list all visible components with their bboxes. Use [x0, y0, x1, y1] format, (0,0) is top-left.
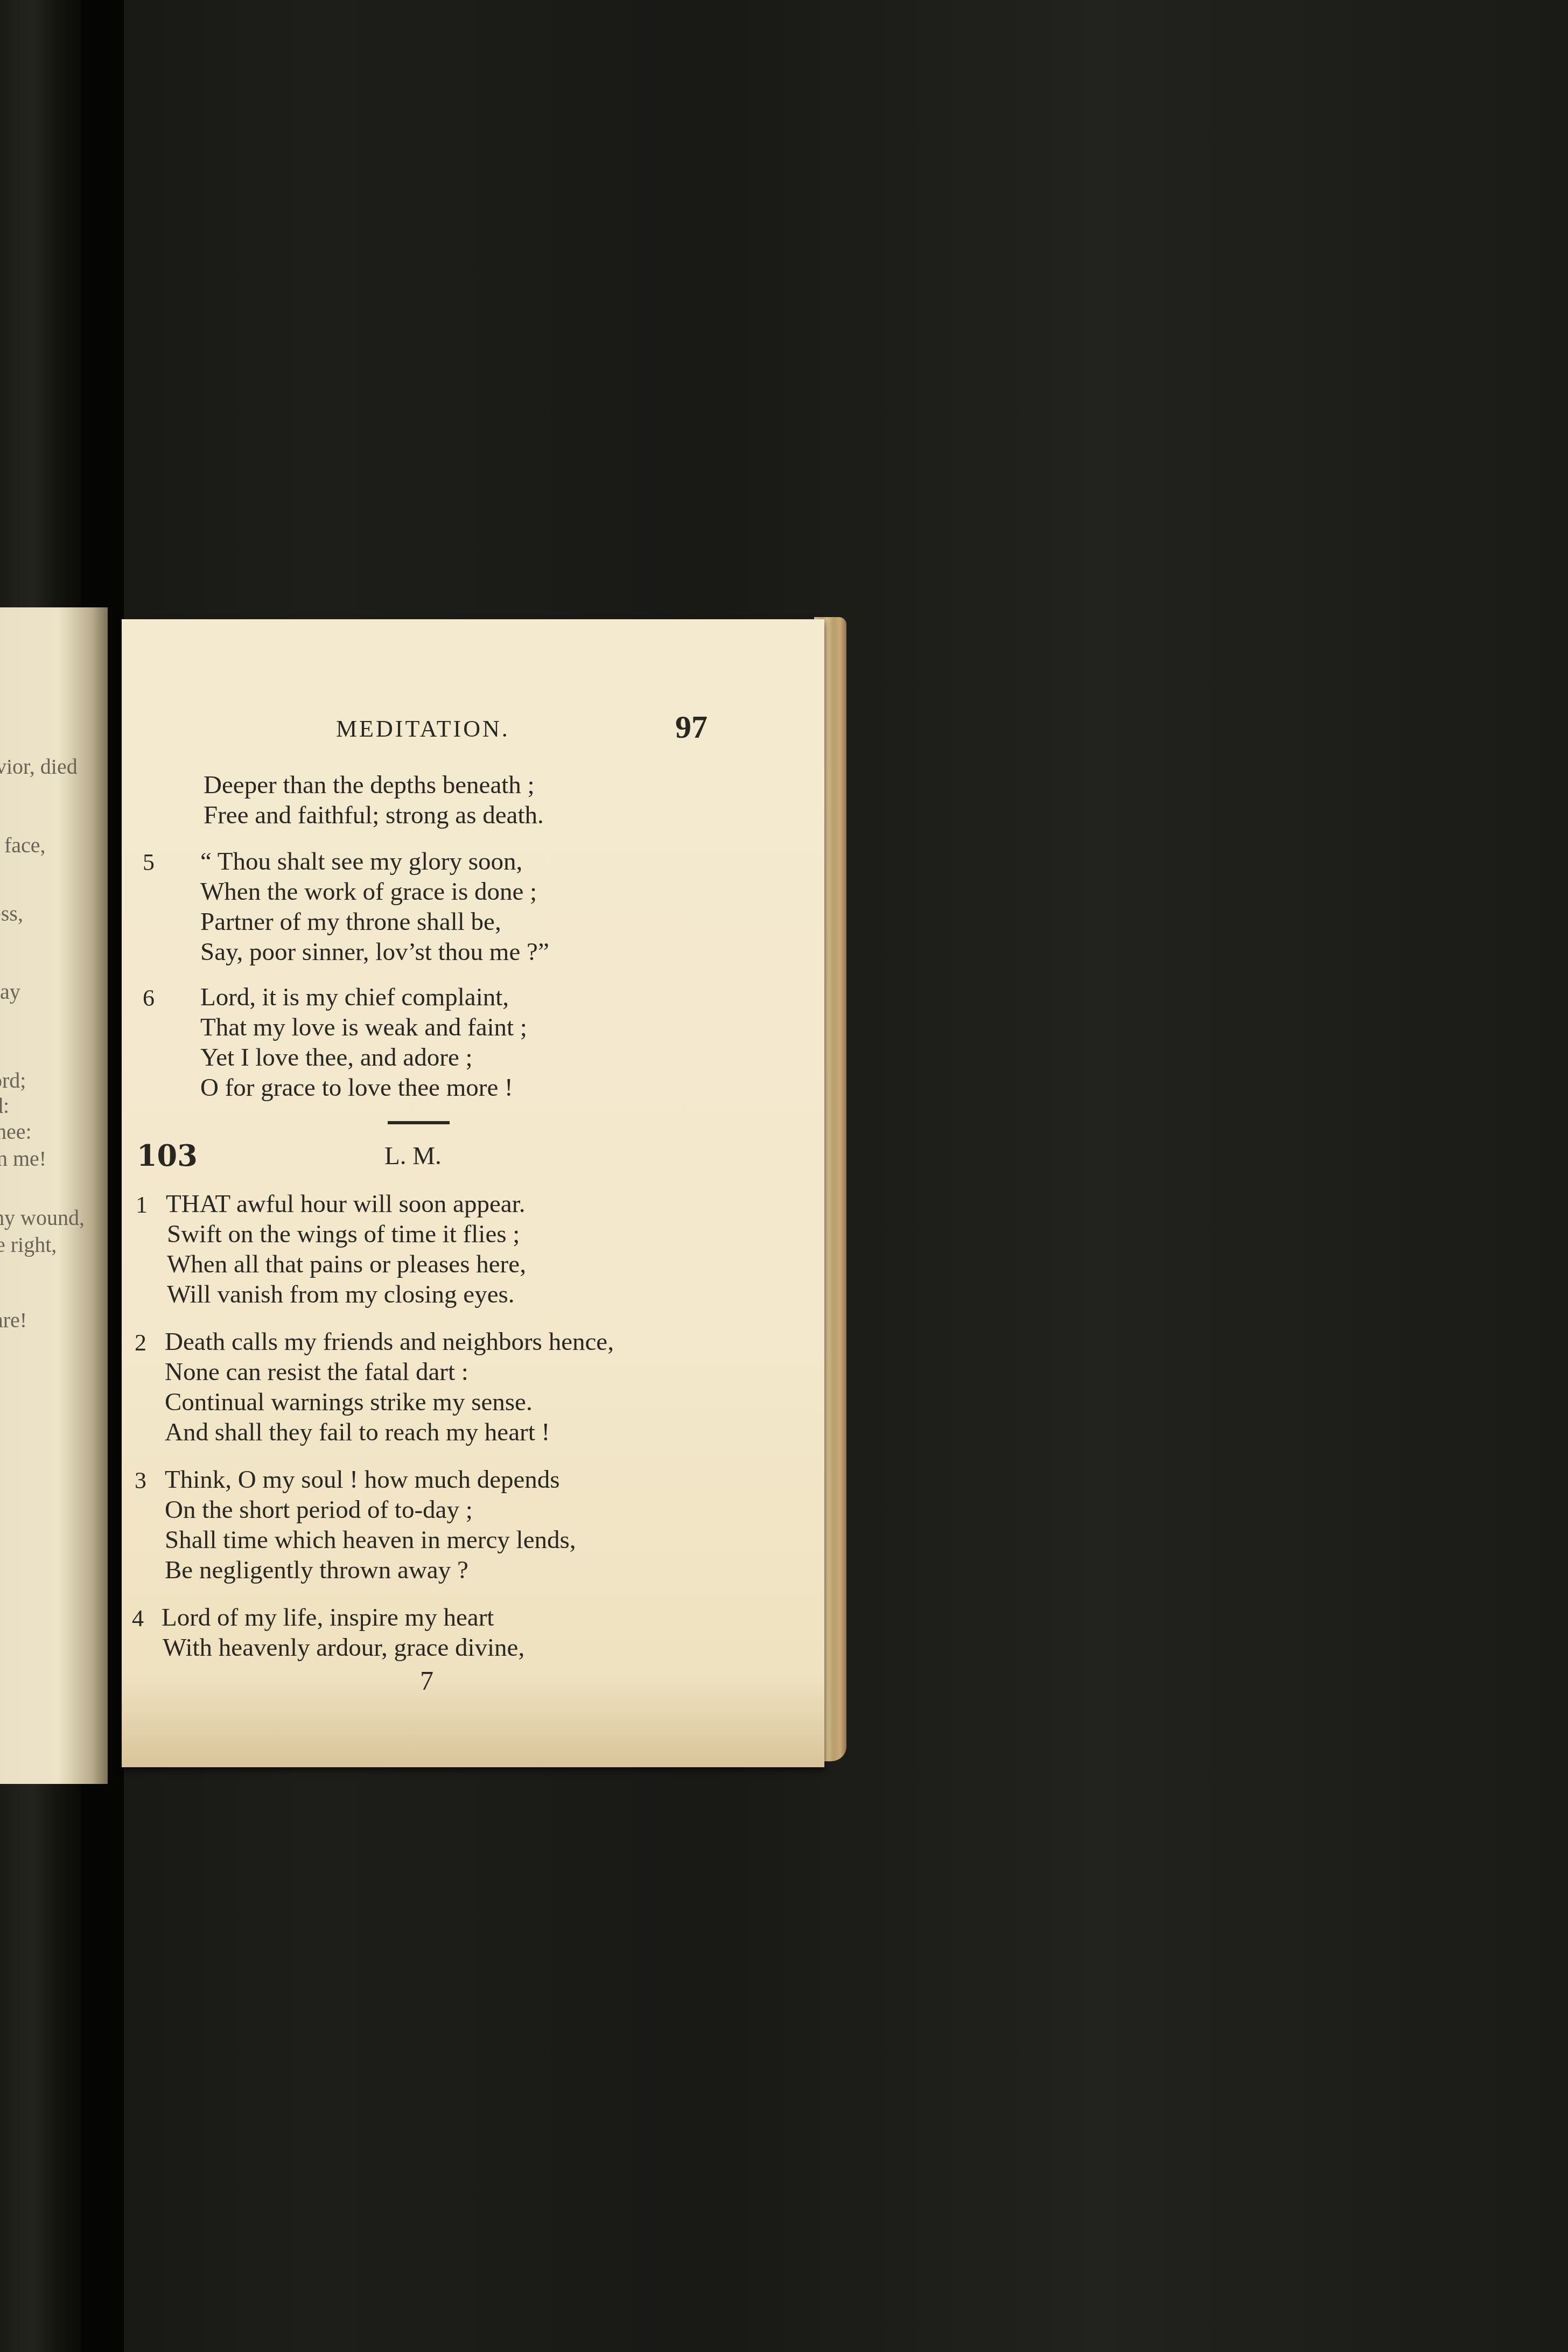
verse-line: Swift on the wings of time it flies ;: [167, 1219, 520, 1249]
verse-line: Think, O my soul ! how much depends: [165, 1465, 560, 1495]
left-page-fragment: hee:: [0, 1119, 32, 1144]
left-page-fragment: d:: [0, 1093, 9, 1118]
verse-number: 6: [143, 984, 155, 1012]
hymn-number: 103: [137, 1138, 198, 1173]
left-page-fragment: n me!: [0, 1146, 46, 1171]
verse-line: Lord, it is my chief complaint,: [200, 982, 509, 1012]
left-page-fragment: are!: [0, 1307, 27, 1333]
verse-line: None can resist the fatal dart :: [165, 1357, 468, 1387]
left-page-fragment: e right,: [0, 1232, 57, 1257]
verse-line: Deeper than the depths beneath ;: [204, 770, 535, 800]
verse-line: Death calls my friends and neighbors hen…: [165, 1327, 614, 1357]
verse-line: That my love is weak and faint ;: [200, 1012, 527, 1042]
verse-line: Lord of my life, inspire my heart: [162, 1602, 494, 1633]
verse-line: Free and faithful; strong as death.: [204, 800, 544, 830]
verse-number: 4: [132, 1605, 144, 1632]
verse-line: When the work of grace is done ;: [200, 877, 537, 907]
verse-line: Be negligently thrown away ?: [165, 1555, 468, 1585]
verse-number: 2: [135, 1329, 146, 1356]
left-page-fragment: ess,: [0, 901, 23, 926]
verse-line: Partner of my throne shall be,: [200, 907, 501, 937]
verse-line: With heavenly ardour, grace divine,: [163, 1633, 524, 1663]
section-divider: [388, 1121, 450, 1124]
left-page-fragment: pay: [0, 979, 20, 1004]
left-page-fragment: hy wound,: [0, 1205, 85, 1230]
verse-line: Say, poor sinner, lov’st thou me ?”: [200, 937, 549, 967]
left-page-fragment: face,: [4, 832, 46, 858]
verse-line: THAT awful hour will soon appear.: [166, 1189, 525, 1219]
signature-mark: 7: [420, 1665, 433, 1696]
verse-number: 3: [135, 1467, 146, 1494]
verse-line: When all that pains or pleases here,: [167, 1249, 526, 1279]
verse-line: Continual warnings strike my sense.: [165, 1387, 533, 1417]
left-page-fragment: ord;: [0, 1068, 26, 1093]
verse-line: Will vanish from my closing eyes.: [167, 1279, 515, 1310]
verse-line: Shall time which heaven in mercy lends,: [165, 1525, 576, 1555]
verse-line: And shall they fail to reach my heart !: [165, 1417, 550, 1447]
verse-number: 5: [143, 849, 155, 876]
verse-line: On the short period of to-day ;: [165, 1495, 473, 1525]
left-page-fragment: vior, died: [0, 754, 78, 779]
verse-line: “ Thou shalt see my glory soon,: [200, 846, 522, 877]
verse-line: Yet I love thee, and adore ;: [200, 1042, 473, 1073]
verse-line: O for grace to love thee more !: [200, 1073, 513, 1103]
hymn-meter: L. M.: [384, 1142, 442, 1171]
page-number: 97: [675, 709, 708, 746]
left-page-sliver: vior, died face, ess, pay ord; d: hee: n…: [0, 607, 108, 1784]
running-head: MEDITATION.: [336, 715, 510, 743]
verse-number: 1: [136, 1191, 148, 1219]
